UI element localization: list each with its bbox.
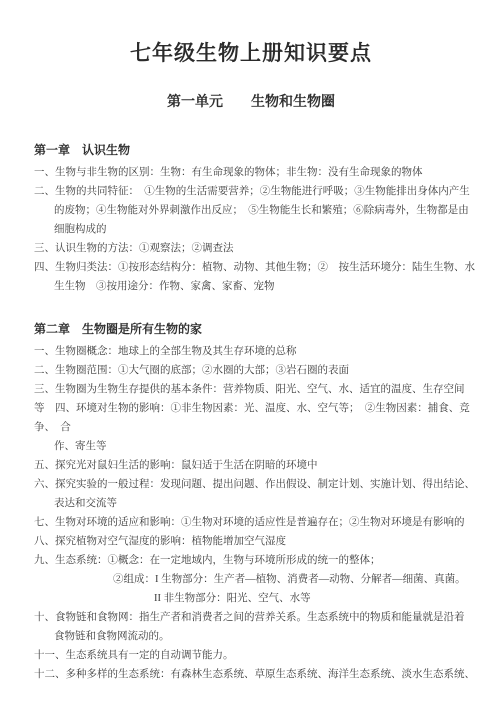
text-line: 细胞构成的	[54, 220, 468, 239]
text-line: 争、 合	[34, 418, 468, 437]
text-line: 三、生物圈为生物生存提供的基本条件：营养物质、阳光、空气、水、适宜的温度、生存空…	[34, 380, 468, 399]
text-line: 二、生物的共同特征： ①生物的生活需要营养；②生物能进行呼吸；③生物能排出身体内…	[34, 182, 468, 201]
document-page: 七年级生物上册知识要点 第一单元生物和生物圈 第一章 认识生物一、生物与非生物的…	[0, 0, 500, 684]
text-line: 十、食物链和食物网：指生产者和消费者之间的营养关系。生态系统中的物质和能量就是沿…	[34, 608, 468, 627]
text-line: 六、探究实验的一般过程：发现问题、提出问题、作出假设、制定计划、实施计划、得出结…	[34, 475, 468, 494]
unit-heading: 第一单元生物和生物圈	[34, 94, 468, 112]
text-line: 作、寄生等	[54, 437, 468, 456]
chapter-heading: 第一章 认识生物	[34, 141, 468, 160]
text-line: 表达和交流等	[54, 494, 468, 513]
text-line: 十二、多种多样的生态系统：有森林生态系统、草原生态系统、海洋生态系统、淡水生态系…	[34, 665, 468, 684]
unit-name: 生物和生物圈	[251, 95, 335, 110]
text-line: 一、生物圈概念：地球上的全部生物及其生存环境的总称	[34, 342, 468, 361]
text-line: 十一、生态系统具有一定的自动调节能力。	[34, 646, 468, 665]
chapters-container: 第一章 认识生物一、生物与非生物的区别：生物：有生命现象的物体；非生物：没有生命…	[34, 141, 468, 684]
text-line: 的废物；④生物能对外界刺激作出反应； ⑤生物能生长和繁殖；⑥除病毒外，生物都是由	[54, 201, 468, 220]
text-line: 三、认识生物的方法：①观察法；②调查法	[34, 239, 468, 258]
text-line: 生生物 ③按用途分：作物、家禽、家畜、宠物	[54, 277, 468, 296]
text-line: 食物链和食物网流动的。	[54, 627, 468, 646]
chapter-section: 第一章 认识生物一、生物与非生物的区别：生物：有生命现象的物体；非生物：没有生命…	[34, 141, 468, 296]
unit-label: 第一单元	[167, 95, 223, 110]
text-line: 四、生物归类法：①按形态结构分：植物、动物、其他生物；② 按生活环境分：陆生生物…	[34, 258, 468, 277]
text-line: 五、探究光对鼠妇生活的影响：鼠妇适于生活在阴暗的环境中	[34, 456, 468, 475]
text-line: 八、探究植物对空气湿度的影响：植物能增加空气湿度	[34, 532, 468, 551]
text-line: 一、生物与非生物的区别：生物：有生命现象的物体；非生物：没有生命现象的物体	[34, 163, 468, 182]
text-line: 等 四、环境对生物的影响：①非生物因素：光、温度、水、空气等； ②生物因素：捕食…	[34, 399, 468, 418]
text-line: ②组成：I 生物部分：生产者—植物、消费者—动物、分解者—细菌、真菌。	[113, 570, 468, 589]
document-title: 七年级生物上册知识要点	[34, 40, 468, 66]
text-line: 九、生态系统：①概念：在一定地域内，生物与环境所形成的统一的整体；	[34, 551, 468, 570]
text-line: 二、生物圈范围：①大气圈的底部；②水圈的大部；③岩石圈的表面	[34, 361, 468, 380]
text-line: II 非生物部分：阳光、空气、水等	[154, 589, 468, 608]
chapter-section: 第二章 生物圈是所有生物的家一、生物圈概念：地球上的全部生物及其生存环境的总称二…	[34, 320, 468, 684]
chapter-heading: 第二章 生物圈是所有生物的家	[34, 320, 468, 339]
text-line: 七、生物对环境的适应和影响：①生物对环境的适应性是普遍存在；②生物对环境是有影响…	[34, 513, 468, 532]
